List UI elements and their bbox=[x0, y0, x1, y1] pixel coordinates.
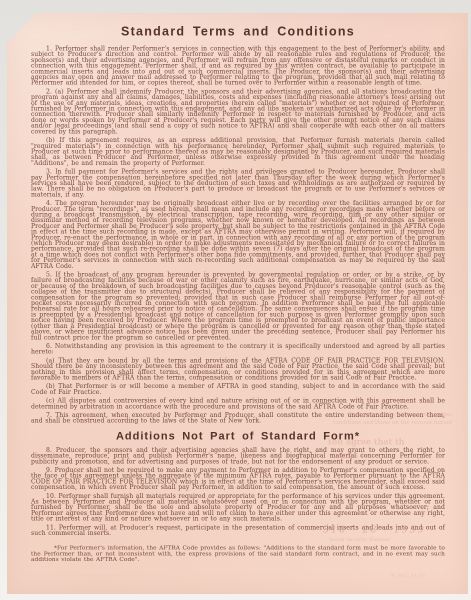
term-paragraph-7: 7. This agreement, when executed by Perf… bbox=[31, 412, 445, 423]
addition-paragraph-9: 9. Producer shall not be required to mak… bbox=[31, 468, 445, 491]
term-paragraph-6b: (b) That Performer is or will become a m… bbox=[31, 384, 445, 395]
term-paragraph-6: 6. Notwithstanding any provision in this… bbox=[31, 343, 445, 354]
scan-background: { "doc": { "title": "Standard Terms and … bbox=[0, 0, 471, 600]
addition-paragraph-11: 11. Performer will, at Producer's reques… bbox=[31, 525, 445, 536]
page-title: Standard Terms and Conditions bbox=[31, 25, 445, 38]
term-paragraph-5: 5. If the broadcast of any program hereu… bbox=[31, 272, 445, 340]
contract-page: Standard Terms and Conditions 1. Perform… bbox=[7, 13, 468, 594]
contract-text-block: Standard Terms and Conditions 1. Perform… bbox=[31, 25, 445, 562]
aftra-code-footnote: *For Performer's information, the AFTRA … bbox=[31, 545, 445, 562]
addition-paragraph-10: 10. Performer shall furnish all material… bbox=[31, 493, 445, 522]
term-paragraph-3: 3. In full payment for Performer's servi… bbox=[31, 169, 445, 198]
term-paragraph-2a: 2. (a) Performer shall indemnify Produce… bbox=[31, 89, 445, 135]
term-paragraph-1: 1. Performer shall render Performer's se… bbox=[31, 46, 445, 86]
term-paragraph-6c: (c) All disputes and controversies of ev… bbox=[31, 398, 445, 409]
addition-paragraph-8: 8. Producer, the sponsors and their adve… bbox=[31, 447, 445, 464]
term-paragraph-6a: (a) That they are bound by all the terms… bbox=[31, 358, 445, 381]
term-paragraph-4: 4. The program hereunder may be original… bbox=[31, 201, 445, 269]
additions-heading: Additions Not Part of Standard Form* bbox=[31, 430, 445, 442]
term-paragraph-2b: (b) If this agreement requires, as an ex… bbox=[31, 138, 445, 167]
bleedthrough-form-number: R. 915. 11-53 bbox=[391, 573, 425, 579]
